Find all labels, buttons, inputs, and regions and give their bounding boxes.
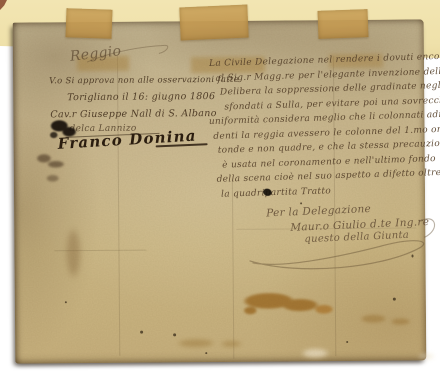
ink-blot (49, 116, 77, 140)
speck (65, 301, 67, 303)
speck (205, 352, 207, 354)
main-paragraph: La Civile Delegazione nel rendere i dovu… (205, 51, 440, 204)
pen-flourish (83, 41, 173, 68)
speck (173, 333, 176, 336)
speck (346, 341, 348, 343)
adhesive-tape (318, 9, 369, 39)
stain (353, 309, 421, 330)
stain (60, 214, 87, 292)
adhesive-tape (66, 8, 113, 39)
speck (140, 331, 143, 334)
adhesive-tape (179, 5, 248, 41)
stain (165, 333, 253, 354)
document-photo: Reggio V.o Si approva non alle osservazi… (0, 0, 440, 376)
pen-flourish (224, 197, 440, 294)
scuff (411, 349, 440, 363)
aged-paper-document: Reggio V.o Si approva non alle osservazi… (13, 19, 427, 363)
speck (393, 298, 396, 301)
ink-smudge (42, 170, 66, 186)
approval-note-line: Torigliano il 16: giugno 1806 (67, 91, 215, 103)
ink-smudge (34, 150, 68, 170)
scuff (291, 344, 339, 362)
